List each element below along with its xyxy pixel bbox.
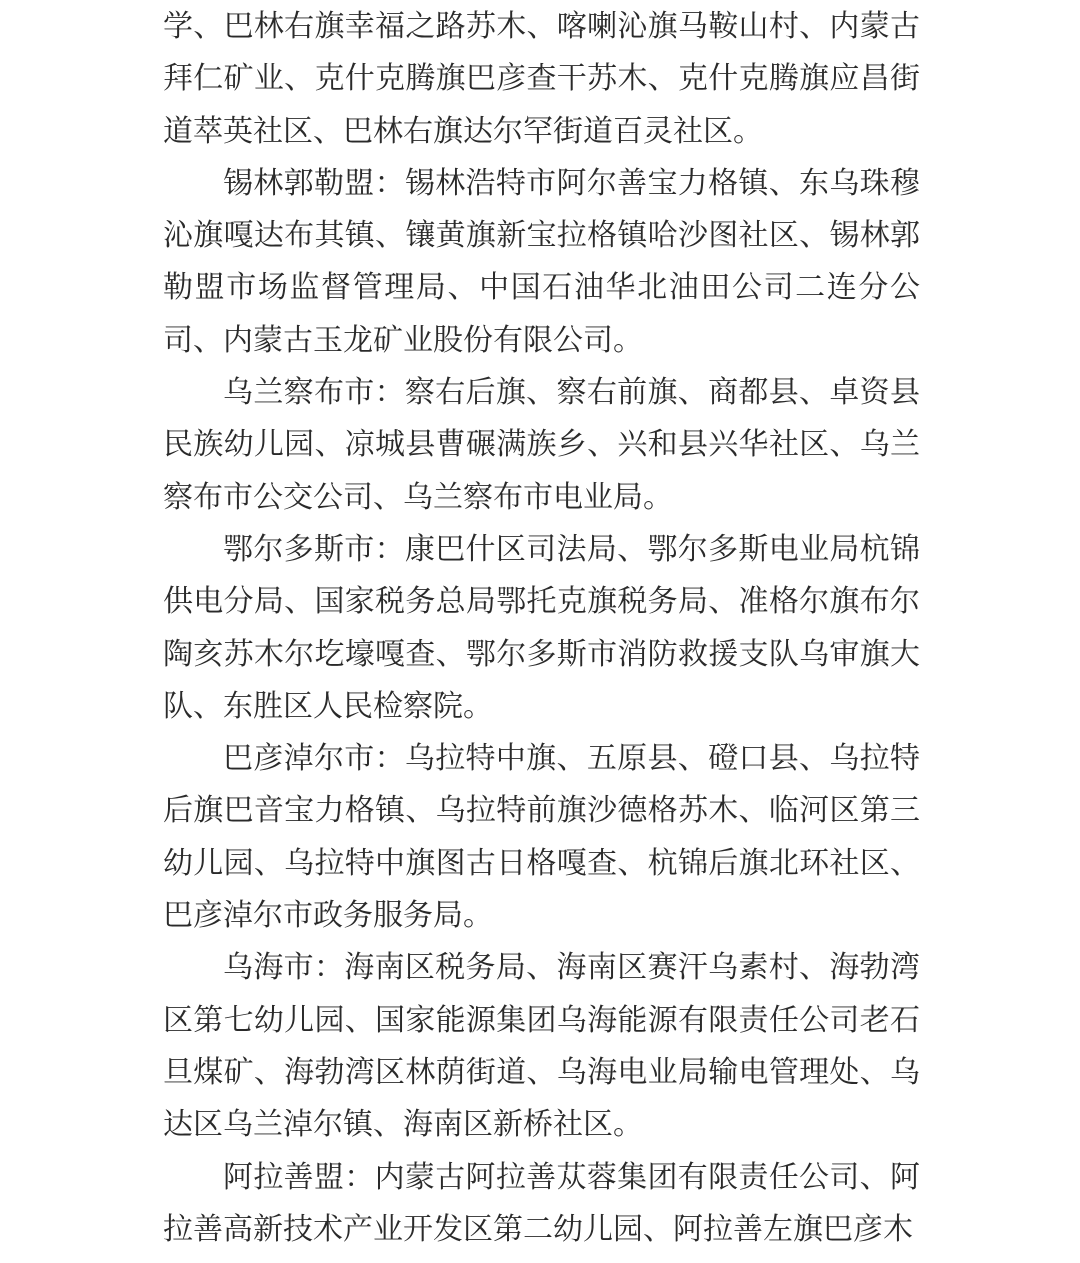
paragraph-bayannur-city: 巴彦淖尔市：乌拉特中旗、五原县、磴口县、乌拉特后旗巴音宝力格镇、乌拉特前旗沙德格… <box>163 733 920 942</box>
paragraph-ulanqab-city: 乌兰察布市：察右后旗、察右前旗、商都县、卓资县民族幼儿园、凉城县曹碾满族乡、兴和… <box>163 367 920 524</box>
paragraph-xilingol-league: 锡林郭勒盟：锡林浩特市阿尔善宝力格镇、东乌珠穆沁旗嘎达布其镇、镶黄旗新宝拉格镇哈… <box>163 158 920 367</box>
paragraph-chifeng-continuation: 学、巴林右旗幸福之路苏木、喀喇沁旗马鞍山村、内蒙古拜仁矿业、克什克腾旗巴彦查干苏… <box>163 1 920 158</box>
paragraph-alxa-league: 阿拉善盟：内蒙古阿拉善苁蓉集团有限责任公司、阿拉善高新技术产业开发区第二幼儿园、… <box>163 1152 920 1257</box>
article-body: 学、巴林右旗幸福之路苏木、喀喇沁旗马鞍山村、内蒙古拜仁矿业、克什克腾旗巴彦查干苏… <box>163 0 920 1256</box>
paragraph-wuhai-city: 乌海市：海南区税务局、海南区赛汗乌素村、海勃湾区第七幼儿园、国家能源集团乌海能源… <box>163 942 920 1151</box>
paragraph-ordos-city: 鄂尔多斯市：康巴什区司法局、鄂尔多斯电业局杭锦供电分局、国家税务总局鄂托克旗税务… <box>163 524 920 733</box>
article-page: 学、巴林右旗幸福之路苏木、喀喇沁旗马鞍山村、内蒙古拜仁矿业、克什克腾旗巴彦查干苏… <box>0 0 1080 1263</box>
